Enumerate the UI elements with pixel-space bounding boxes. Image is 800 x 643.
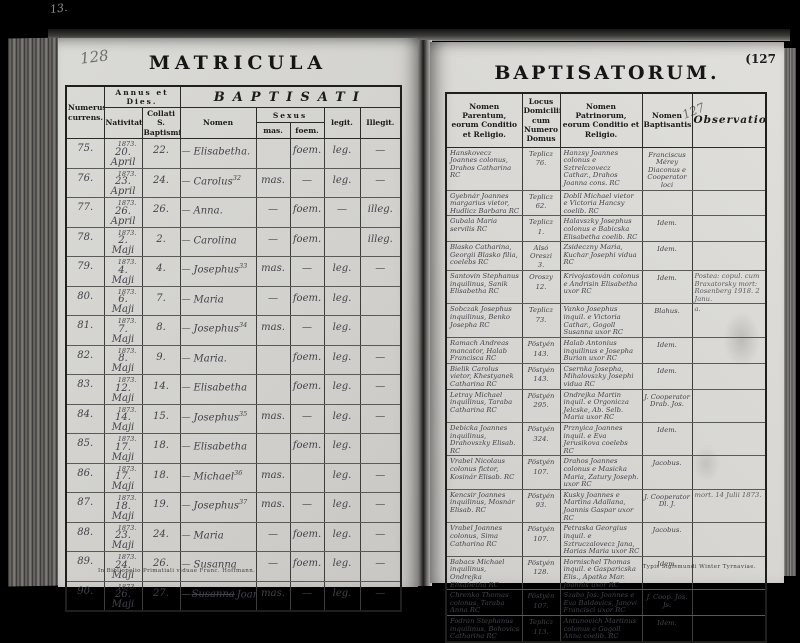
house-number: 128. [524, 569, 559, 577]
illegitimate-mark [360, 434, 401, 464]
house-number: 143. [524, 376, 559, 384]
illegitimate-mark: — [360, 493, 401, 523]
baptism-record-row: 83. 1873.12. Maji 14. —Elisabetha foem. … [66, 375, 401, 405]
ditto-dash: — [182, 590, 192, 600]
birth-date: 1873.8. Maji [104, 345, 142, 375]
name-text: Josephus [194, 500, 240, 511]
header-illegit: Illegit. [360, 108, 401, 139]
domicile: Pöstyén295. [522, 389, 560, 422]
ditto-dash: — [182, 472, 192, 482]
sex-female: foem. [290, 434, 324, 464]
tally-superscript: 36 [234, 469, 242, 477]
birth-day-month: 4. Maji [112, 265, 135, 286]
baptism-day: 14. [142, 375, 180, 405]
birth-date: 1873.12. Maji [104, 375, 142, 405]
domicile: Teplicz62. [522, 190, 560, 216]
parents-names: Vrabel Nicolaus colonus fictor, Kosinár … [446, 456, 522, 489]
header-nomen-parentum: Nomen Parentum, eorum Conditio et Religi… [446, 93, 522, 147]
birth-day-month: 20. April [111, 147, 136, 168]
illegitimate-mark: — [360, 168, 401, 198]
printer-imprint-left: In Bibliopolio Primatiali viduae Franc. … [98, 568, 255, 574]
sex-male [256, 139, 290, 169]
record-number: 88. [66, 522, 104, 552]
legitimate-mark: leg. [324, 404, 360, 434]
baptism-detail-row: Debicka Joannes inquilinus, Drahovszky E… [446, 423, 766, 456]
birth-date: 1873.6. Maji [104, 286, 142, 316]
record-number: 86. [66, 463, 104, 493]
domicile-place: Pöstyén [528, 525, 555, 533]
legitimate-mark: leg. [324, 316, 360, 346]
tally-superscript: 34 [239, 321, 247, 329]
legitimate-mark: leg. [324, 139, 360, 169]
baptism-day: 7. [142, 286, 180, 316]
sex-female: foem. [290, 522, 324, 552]
legitimate-mark [324, 227, 360, 257]
baptism-day: 24. [142, 168, 180, 198]
observation-note [692, 456, 766, 489]
baptism-day: 24. [142, 522, 180, 552]
legitimate-mark: leg. [324, 168, 360, 198]
house-number: 93. [524, 502, 559, 510]
observation-note: Postea: copul. cum Braxatorsky mort: Ros… [692, 271, 766, 304]
tally-superscript: 35 [239, 410, 247, 418]
sex-female: — [290, 316, 324, 346]
godparents-names: Halab Antonius inquilinus e Josepha Buri… [560, 337, 642, 363]
godparents-names: Szabo Jos. Joannes e Eva Baldovics, Jano… [560, 590, 642, 601]
baptizing-priest: Franciscus Mérey Diaconus e Cooperator l… [642, 147, 692, 190]
baptism-detail-row: Kencsir Joannes inquilinus, Mosnár Elisa… [446, 489, 766, 522]
domicile: Teplicz76. [522, 147, 560, 190]
name-text: Josephus [194, 412, 240, 423]
name-text: Elisabetha. [194, 146, 251, 157]
header-annus-et-dies: Annus et Dies. [104, 86, 180, 108]
godparents-names: Zsideczny Maria, Kuchar Josephi vidua RC [560, 242, 642, 271]
domicile: Pöstyén128. [522, 556, 560, 589]
sex-female: foem. [290, 227, 324, 257]
ditto-dash: — [182, 324, 192, 334]
domicile-place: Teplicz [529, 218, 553, 226]
header-nativitatis: Nativitatis [104, 108, 142, 139]
record-number: 80. [66, 286, 104, 316]
birth-date: 1873.17. Maji [104, 463, 142, 493]
birth-day-month: 23. April [111, 176, 136, 197]
domicile-place: Pöstyén [528, 425, 555, 433]
baptism-record-row: 81. 1873.7. Maji 8. —Josephus34 mas. — l… [66, 316, 401, 346]
godparents-names: Krivojastován colonus e Andrisin Elisabe… [560, 271, 642, 304]
record-number: 77. [66, 198, 104, 228]
baptism-record-row: 90. 1873.26. Maji 27. —SusannaJoannes38 … [66, 581, 401, 601]
child-name: —Josephus34 [180, 316, 256, 346]
record-number: 79. [66, 257, 104, 287]
domicile-place: Pöstyén [528, 492, 555, 500]
ditto-dash: — [182, 501, 192, 511]
domicile-place: Oroszy [529, 273, 553, 281]
sex-male [256, 345, 290, 375]
legitimate-mark: leg. [324, 286, 360, 316]
illegitimate-mark [360, 286, 401, 316]
legitimate-mark: leg. [324, 375, 360, 405]
baptizing-priest [642, 190, 692, 216]
birth-day-month: 26. April [111, 206, 136, 227]
child-name: —Carolus32 [180, 168, 256, 198]
illegitimate-mark: illeg. [360, 227, 401, 257]
baptism-detail-row: Letray Michael inquilinus, Taraba Cathar… [446, 389, 766, 422]
ditto-dash: — [182, 413, 192, 423]
sex-female: — [290, 168, 324, 198]
baptizing-priest: Blahus. [642, 304, 692, 337]
observation-note [692, 242, 766, 271]
baptism-detail-row: Hanskovecz Joannes colonus, Drahos Catha… [446, 147, 766, 190]
baptizing-priest: Jacobus. [642, 523, 692, 556]
illegitimate-mark: — [360, 375, 401, 405]
record-number: 78. [66, 227, 104, 257]
left-page-title: MATRICULA [58, 52, 418, 74]
sex-male: — [256, 552, 290, 582]
header-nomen: Nomen [180, 108, 256, 139]
godparents-names: Hanzsy Joannes colonus e Sztrelczovecz C… [560, 147, 642, 190]
birth-day-month: 7. Maji [112, 324, 135, 345]
birth-date: 1873.23. Maji [104, 522, 142, 552]
ditto-dash: — [182, 354, 192, 364]
baptism-day: 18. [142, 434, 180, 464]
scanned-register-book: 13. 128 MATRICULA Numerus currens. Annus… [0, 0, 800, 601]
parents-names: Letray Michael inquilinus, Taraba Cathar… [446, 389, 522, 422]
sex-male: — [256, 227, 290, 257]
header-baptisati: BAPTISATI [180, 86, 401, 108]
record-number: 82. [66, 345, 104, 375]
house-number: 107. [524, 536, 559, 544]
tally-superscript: 33 [239, 262, 247, 270]
birth-date: 1873.26. Maji [104, 581, 142, 601]
name-text: Elisabetha [194, 382, 248, 393]
header-numerus-currens: Numerus currens. [66, 86, 104, 139]
baptisatorum-table: Nomen Parentum, eorum Conditio et Religi… [445, 92, 767, 601]
record-number: 90. [66, 581, 104, 601]
header-mas: mas. [256, 123, 290, 139]
baptism-record-row: 89. 1873.24. Maji 26. —Susanna — foem. l… [66, 552, 401, 582]
header-locus-domicilii: Locus Domicilii cum Numero Domus [522, 93, 560, 147]
name-text: Elisabetha [194, 441, 248, 452]
ditto-dash: — [182, 206, 192, 216]
parents-names: Santovin Stephanus inquilinus, Sanik Eli… [446, 271, 522, 304]
record-number: 89. [66, 552, 104, 582]
record-number: 85. [66, 434, 104, 464]
name-text: Maria [194, 294, 224, 305]
birth-day-month: 26. Maji [112, 589, 135, 601]
observation-note [692, 423, 766, 456]
illegitimate-mark: — [360, 139, 401, 169]
baptism-detail-row: Ramach Andreas mancator, Halab Francisca… [446, 337, 766, 363]
child-name: —Josephus33 [180, 257, 256, 287]
domicile-place: Pöstyén [528, 392, 555, 400]
sex-male: mas. [256, 581, 290, 601]
ditto-dash: — [182, 531, 192, 541]
child-name: —Michael36 [180, 463, 256, 493]
ditto-dash: — [182, 147, 192, 157]
illegitimate-mark [360, 316, 401, 346]
sex-male: mas. [256, 493, 290, 523]
illegitimate-mark: — [360, 257, 401, 287]
corner-pencil-number: 13. [49, 1, 68, 16]
godparents-names: Dobll Michael vietor e Victoria Hancsy c… [560, 190, 642, 216]
birth-day-month: 12. Maji [112, 383, 135, 404]
legitimate-mark: leg. [324, 434, 360, 464]
domicile-place: Teplicz [529, 150, 553, 158]
printer-imprint-right: Typis Sigismundi Winter Tyrnaviae. [643, 564, 756, 570]
baptism-record-row: 82. 1873.8. Maji 9. —Maria. foem. leg. — [66, 345, 401, 375]
header-nomen-patrinorum: Nomen Patrinorum, eorum Conditio et Reli… [560, 93, 642, 147]
sex-male: mas. [256, 257, 290, 287]
parents-names: Gyebnár Joannes margarius vietor, Hudlic… [446, 190, 522, 216]
child-name: —Anna. [180, 198, 256, 228]
sex-male: mas. [256, 404, 290, 434]
godparents-names: Ondrejka Martin inquil. e Orgonicza Jelc… [560, 389, 642, 422]
domicile: Pöstyén107. [522, 523, 560, 556]
child-name: —Maria [180, 522, 256, 552]
godparents-names: Halavszky Josephus colonus e Babicska El… [560, 216, 642, 242]
domicile-place: Pöstyén [528, 458, 555, 466]
right-page-title: BAPTISATORUM. [430, 62, 784, 84]
baptism-day: 27. [142, 581, 180, 601]
birth-date: 1873.7. Maji [104, 316, 142, 346]
baptizing-priest: J. Cooperator Drab. Jos. [642, 389, 692, 422]
domicile: Alsó Oreszi3. [522, 242, 560, 271]
domicile: Pöstyén107. [522, 456, 560, 489]
house-number: 76. [524, 160, 559, 168]
header-nomen-baptisantis: Nomen Baptisantis. [642, 93, 692, 147]
ditto-dash: — [182, 236, 192, 246]
birth-day-month: 14. Maji [112, 412, 135, 433]
house-number: 3. [524, 262, 559, 270]
observation-note [692, 556, 766, 589]
illegitimate-mark: — [360, 581, 401, 601]
header-sexus: Sexus [256, 108, 324, 123]
baptism-record-row: 79. 1873.4. Maji 4. —Josephus33 mas. — l… [66, 257, 401, 287]
observation-note [692, 389, 766, 422]
record-number: 76. [66, 168, 104, 198]
illegitimate-mark: — [360, 552, 401, 582]
baptism-record-row: 78. 1873.2. Maji 2. —Carolina — foem. il… [66, 227, 401, 257]
birth-date: 1873.24. Maji [104, 552, 142, 582]
baptism-day: 15. [142, 404, 180, 434]
birth-day-month: 17. Maji [112, 442, 135, 463]
legitimate-mark: leg. [324, 345, 360, 375]
header-observationes: Observationes. [692, 93, 766, 147]
parents-names: Bielik Carolus vietor, Khestyanek Cathar… [446, 363, 522, 389]
baptism-detail-row: Chrenko Thomas colonus, Taraba Anna RC P… [446, 590, 766, 601]
house-number: 143. [524, 351, 559, 359]
parents-names: Hanskovecz Joannes colonus, Drahos Catha… [446, 147, 522, 190]
baptism-detail-row: Gubala Maria servilis RC Teplicz1. Halav… [446, 216, 766, 242]
birth-date: 1873.2. Maji [104, 227, 142, 257]
baptism-day: 19. [142, 493, 180, 523]
name-text: Maria. [194, 353, 227, 364]
godparents-names: Csernka Josepha, Mihalovszky Josephi vid… [560, 363, 642, 389]
sex-male: — [256, 286, 290, 316]
baptism-record-row: 87. 1873.18. Maji 19. —Josephus37 mas. —… [66, 493, 401, 523]
name-text: Josephus [194, 323, 240, 334]
sex-male: — [256, 522, 290, 552]
birth-date: 1873.23. April [104, 168, 142, 198]
sex-female: — [290, 581, 324, 601]
name-text: Joannes [237, 589, 256, 600]
house-number: 107. [524, 469, 559, 477]
godparents-names: Prznyica Joannes inquil. e Eva Jerusikov… [560, 423, 642, 456]
birth-day-month: 6. Maji [112, 294, 135, 315]
legitimate-mark: leg. [324, 581, 360, 601]
house-number: 295. [524, 402, 559, 410]
right-page-edges [784, 48, 796, 576]
birth-date: 1873.26. April [104, 198, 142, 228]
house-number: 62. [524, 203, 559, 211]
baptism-detail-row: Gyebnár Joannes margarius vietor, Hudlic… [446, 190, 766, 216]
house-number: 73. [524, 317, 559, 325]
ditto-dash: — [182, 295, 192, 305]
baptizing-priest: Idem. [642, 363, 692, 389]
sex-female: foem. [290, 286, 324, 316]
legitimate-mark: leg. [324, 552, 360, 582]
sex-female [290, 463, 324, 493]
baptizing-priest: Idem. [642, 556, 692, 589]
legitimate-mark: — [324, 198, 360, 228]
child-name: —Elisabetha [180, 375, 256, 405]
child-name: —SusannaJoannes38 [180, 581, 256, 601]
baptizing-priest: Idem. [642, 337, 692, 363]
baptism-day: 26. [142, 552, 180, 582]
domicile: Pöstyén143. [522, 363, 560, 389]
record-number: 83. [66, 375, 104, 405]
domicile-place: Teplicz [529, 193, 553, 201]
sex-female: foem. [290, 552, 324, 582]
baptism-day: 26. [142, 198, 180, 228]
ditto-dash: — [182, 265, 192, 275]
record-number: 84. [66, 404, 104, 434]
domicile: Pöstyén107. [522, 590, 560, 601]
domicile: Teplicz73. [522, 304, 560, 337]
birth-date: 1873.4. Maji [104, 257, 142, 287]
sex-male: mas. [256, 316, 290, 346]
baptism-detail-row: Sobczak Josephus inquilinus, Benko Josep… [446, 304, 766, 337]
name-text: Carolina [194, 235, 237, 246]
ditto-dash: — [182, 442, 192, 452]
domicile: Pöstyén143. [522, 337, 560, 363]
observation-note [692, 363, 766, 389]
parents-names: Sobczak Josephus inquilinus, Benko Josep… [446, 304, 522, 337]
godparents-names: Petraska Georgius inquil. e Sztruczalove… [560, 523, 642, 556]
baptism-record-row: 88. 1873.23. Maji 24. —Maria — foem. leg… [66, 522, 401, 552]
baptism-day: 9. [142, 345, 180, 375]
child-name: —Carolina [180, 227, 256, 257]
ditto-dash: — [182, 177, 192, 187]
sex-male: mas. [256, 463, 290, 493]
sex-female: — [290, 404, 324, 434]
parents-names: Ramach Andreas mancator, Halab Francisca… [446, 337, 522, 363]
birth-day-month: 23. Maji [112, 530, 135, 551]
baptism-day: 8. [142, 316, 180, 346]
illegitimate-mark: — [360, 522, 401, 552]
domicile-place: Pöstyén [528, 366, 555, 374]
parents-names: Gubala Maria servilis RC [446, 216, 522, 242]
left-page: 128 MATRICULA Numerus currens. Annus et … [58, 38, 418, 587]
baptism-record-row: 80. 1873.6. Maji 7. —Maria — foem. leg. [66, 286, 401, 316]
domicile: Pöstyén324. [522, 423, 560, 456]
baptism-record-row: 85. 1873.17. Maji 18. —Elisabetha foem. … [66, 434, 401, 464]
observation-note [692, 216, 766, 242]
baptism-record-row: 86. 1873.17. Maji 18. —Michael36 mas. le… [66, 463, 401, 493]
header-legit: legit. [324, 108, 360, 139]
legitimate-mark: leg. [324, 493, 360, 523]
baptism-day: 4. [142, 257, 180, 287]
name-text: Anna. [194, 205, 223, 216]
birth-day-month: 8. Maji [112, 353, 135, 374]
godparents-names: Kusky Joannes e Martina Adallana, Joanni… [560, 489, 642, 522]
observation-note [692, 147, 766, 190]
legitimate-mark: leg. [324, 463, 360, 493]
child-name: —Maria. [180, 345, 256, 375]
observation-note [692, 190, 766, 216]
ditto-dash: — [182, 383, 192, 393]
legitimate-mark: leg. [324, 522, 360, 552]
struck-name: Susanna [192, 589, 235, 600]
child-name: —Susanna [180, 552, 256, 582]
birth-date: 1873.20. April [104, 139, 142, 169]
baptism-record-row: 76. 1873.23. April 24. —Carolus32 mas. —… [66, 168, 401, 198]
baptism-day: 18. [142, 463, 180, 493]
parents-names: Blasko Catharina, Georgii Blasko filia, … [446, 242, 522, 271]
sex-female: foem. [290, 345, 324, 375]
parents-names: Babacs Michael inquilinus, Ondrejka Elis… [446, 556, 522, 589]
sex-female: foem. [290, 139, 324, 169]
godparents-names: Hornischel Thomas inquil. e Gasparicska … [560, 556, 642, 589]
baptism-day: 2. [142, 227, 180, 257]
sex-male [256, 375, 290, 405]
child-name: —Elisabetha [180, 434, 256, 464]
observation-note [692, 590, 766, 601]
illegitimate-mark: — [360, 345, 401, 375]
baptism-detail-row: Babacs Michael inquilinus, Ondrejka Elis… [446, 556, 766, 589]
baptizing-priest: Idem. [642, 216, 692, 242]
house-number: 1. [524, 229, 559, 237]
baptizing-priest: Idem. [642, 271, 692, 304]
sex-male: — [256, 198, 290, 228]
domicile-place: Teplicz [529, 306, 553, 314]
sex-male [256, 434, 290, 464]
baptism-detail-row: Vrabel Joannes colonus, Sima Catharina R… [446, 523, 766, 556]
left-page-edges [8, 38, 60, 587]
legitimate-mark: leg. [324, 257, 360, 287]
birth-date: 1873.17. Maji [104, 434, 142, 464]
name-text: Carolus [194, 176, 233, 187]
baptizing-priest: Jacobus. [642, 456, 692, 489]
right-page: (127 127 BAPTISATORUM. Nomen Parentum, e… [430, 42, 784, 583]
name-text: Michael [194, 471, 235, 482]
baptisati-table: Numerus currens. Annus et Dies. BAPTISAT… [65, 85, 402, 601]
parents-names: Kencsir Joannes inquilinus, Mosnár Elisa… [446, 489, 522, 522]
sex-female: — [290, 493, 324, 523]
domicile: Teplicz1. [522, 216, 560, 242]
baptism-record-row: 84. 1873.14. Maji 15. —Josephus35 mas. —… [66, 404, 401, 434]
domicile: Oroszy12. [522, 271, 560, 304]
godparents-names: Vanko Josephus inquil. e Victoria Cathar… [560, 304, 642, 337]
record-number: 81. [66, 316, 104, 346]
name-text: Maria [194, 530, 224, 541]
baptizing-priest: Idem. [642, 423, 692, 456]
baptizing-priest: J. Cooperator Dl. J. [642, 489, 692, 522]
record-number: 87. [66, 493, 104, 523]
parents-names: Vrabel Joannes colonus, Sima Catharina R… [446, 523, 522, 556]
baptism-detail-row: Santovin Stephanus inquilinus, Sanik Eli… [446, 271, 766, 304]
observation-note [692, 523, 766, 556]
